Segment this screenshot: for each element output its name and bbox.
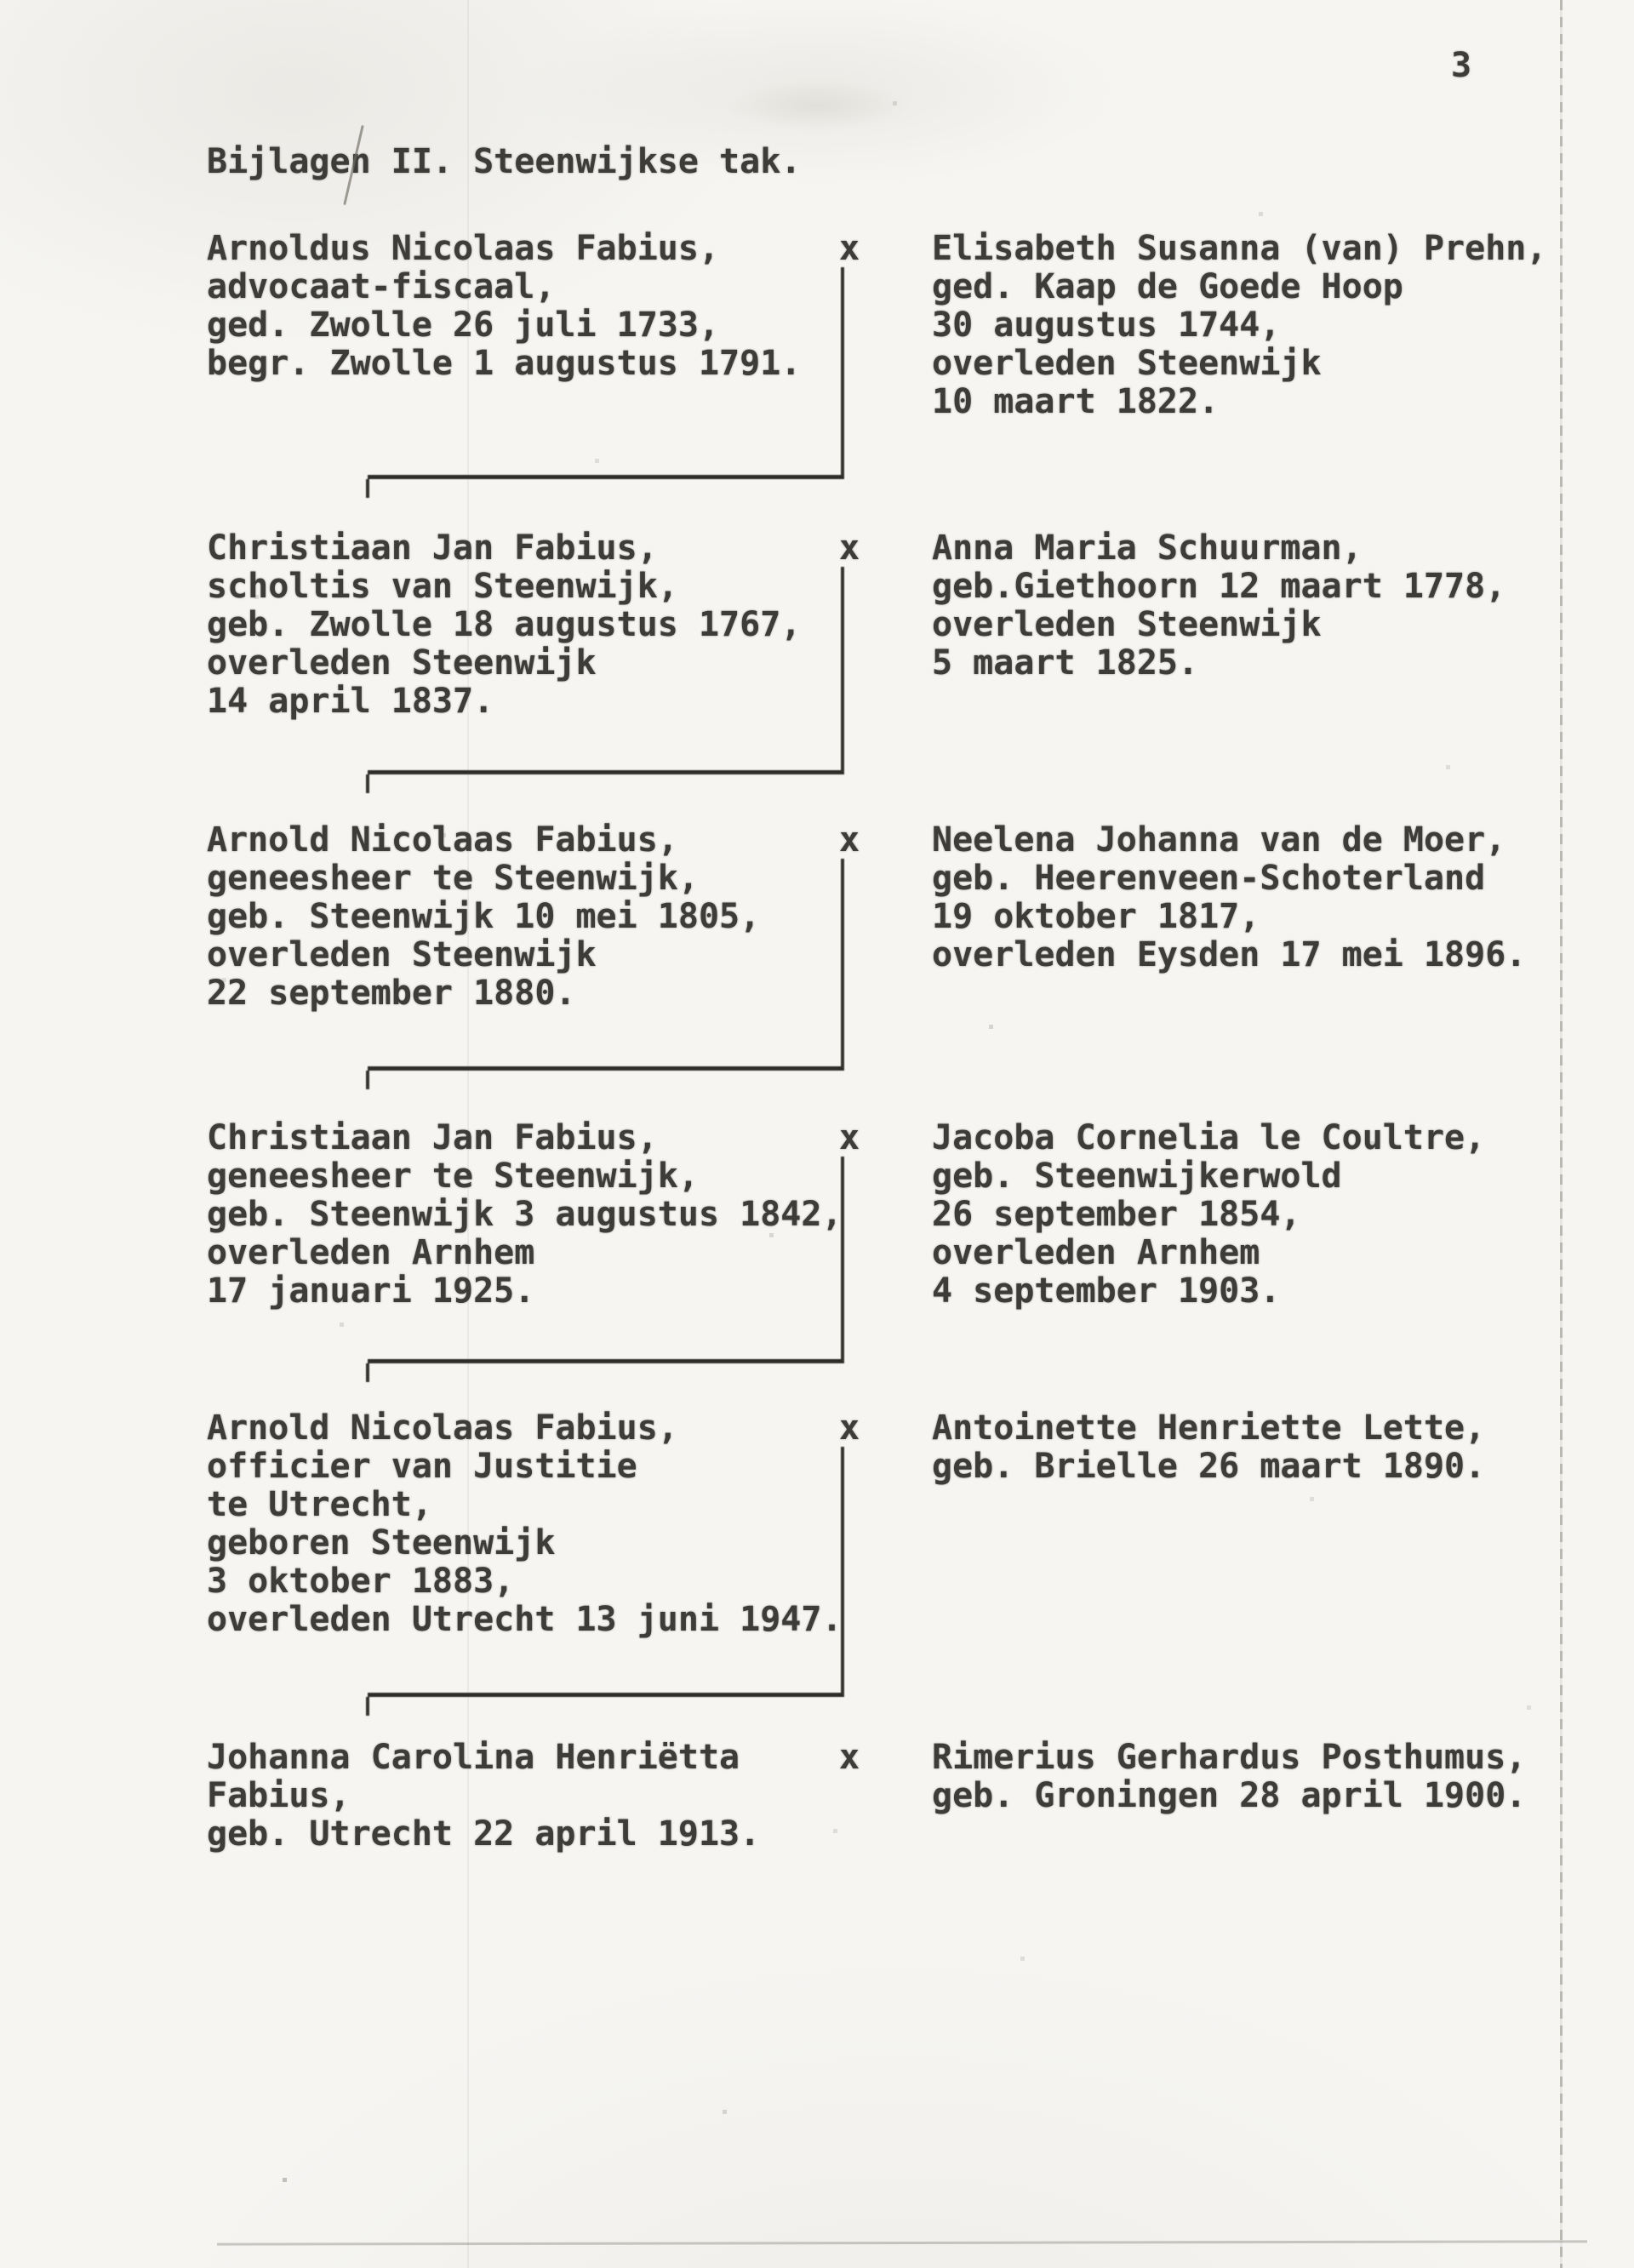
wife-details: Anna Maria Schuurman, geb.Giethoorn 12 m… [932,529,1505,683]
marriage-symbol: x [839,230,860,268]
paper-fold-line [467,0,469,2268]
wife-details: Jacoba Cornelia le Coultre, geb. Steenwi… [932,1119,1485,1311]
wife-details: Rimerius Gerhardus Posthumus, geb. Groni… [932,1739,1526,1815]
descent-connector-line-4 [368,1157,844,1363]
scan-edge-right [1560,0,1563,2268]
husband-details: Johanna Carolina Henriëtta Fabius, geb. … [207,1739,760,1854]
wife-details: Elisabeth Susanna (van) Prehn, ged. Kaap… [932,230,1546,421]
marriage-symbol: x [839,821,860,860]
descent-connector-line-2 [368,567,844,774]
scanned-genealogy-page: 3 Bijlagen II. Steenwijkse tak. Arnoldus… [0,0,1634,2268]
descent-connector-line-5 [368,1447,844,1697]
page-title: Bijlagen II. Steenwijkse tak. [207,143,801,181]
scan-edge-bottom [217,2240,1587,2245]
marriage-symbol: x [839,529,860,568]
scan-noise-specks [0,0,3,3]
descent-connector-line-1 [368,267,844,479]
wife-details: Neelena Johanna van de Moer, geb. Heeren… [932,821,1526,974]
page-number: 3 [1451,47,1471,85]
marriage-symbol: x [839,1119,860,1157]
marriage-symbol: x [839,1739,860,1777]
descent-connector-line-3 [368,859,844,1071]
scan-smudge [723,81,911,132]
marriage-symbol: x [839,1409,860,1448]
wife-details: Antoinette Henriette Lette, geb. Brielle… [932,1409,1485,1486]
